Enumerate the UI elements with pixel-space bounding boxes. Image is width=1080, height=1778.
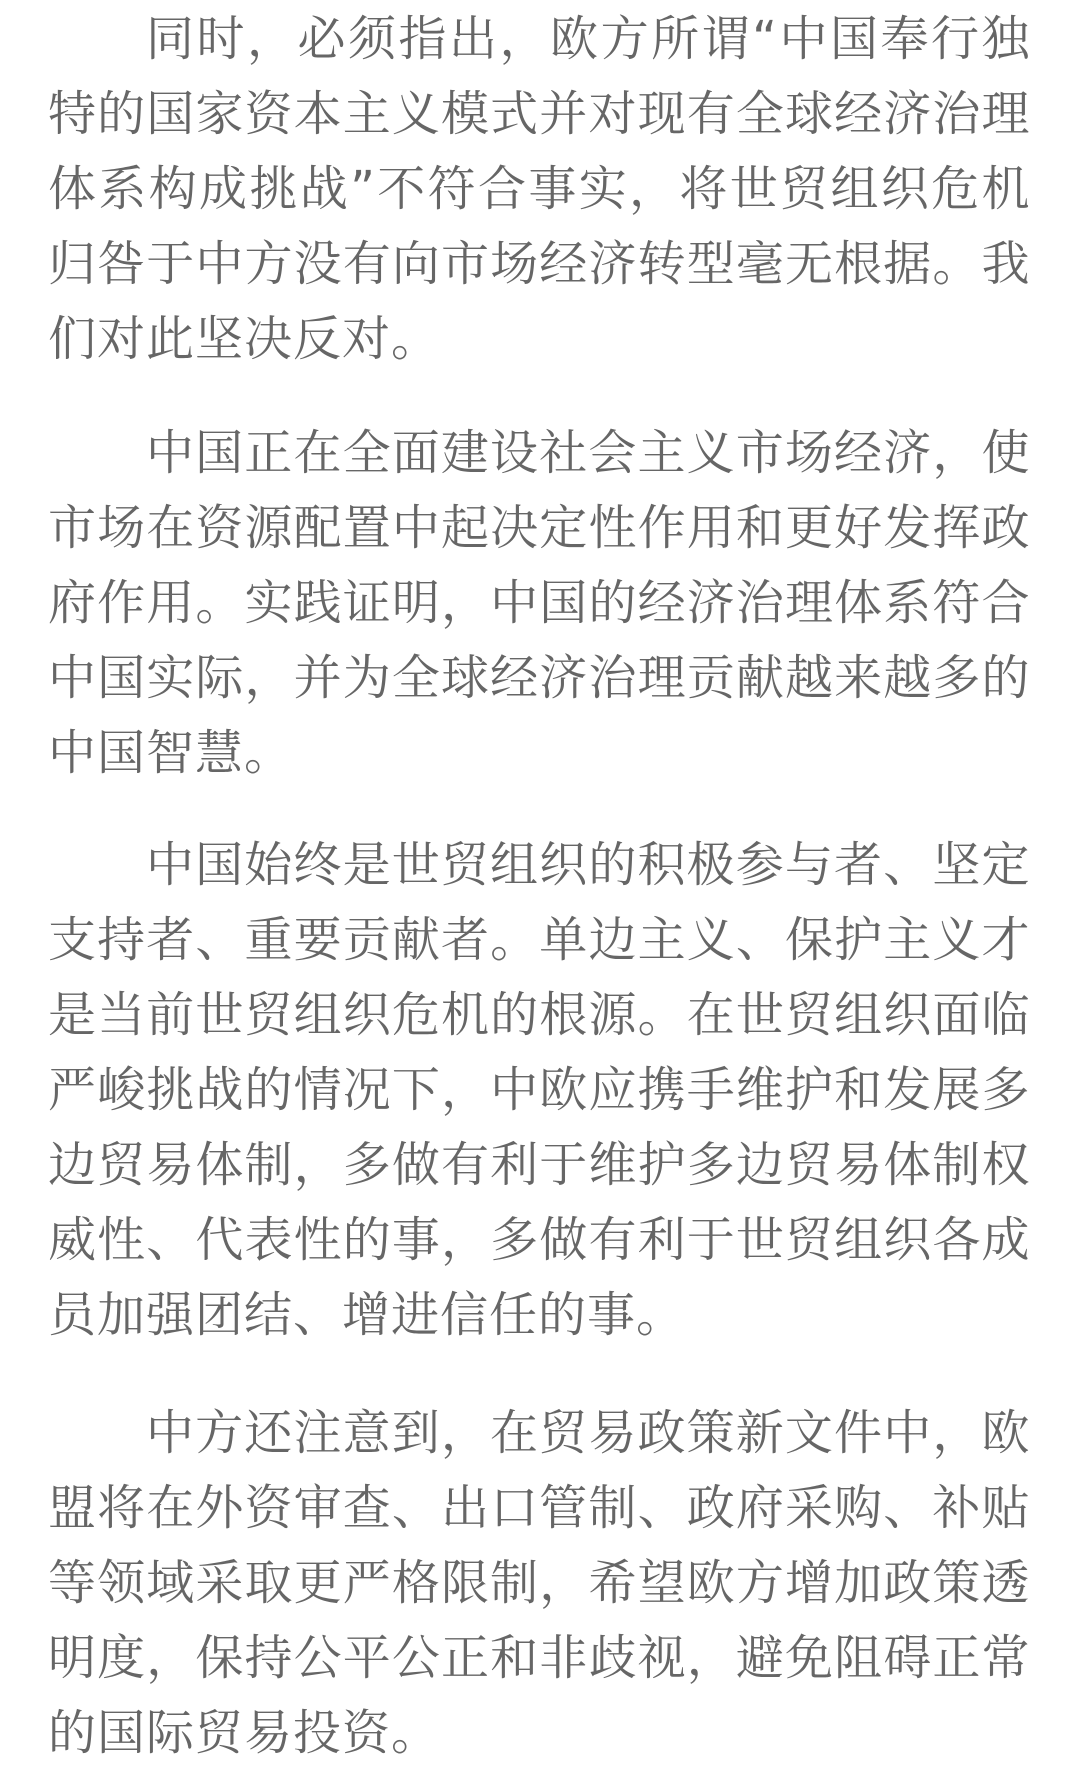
text-line: 中国实际，并为全球经济治理贡献越来越多的 (48, 641, 1030, 716)
text-line: 们对此坚决反对。 (48, 302, 1030, 377)
paragraph-4: 中方还注意到，在贸易政策新文件中，欧 盟将在外资审查、出口管制、政府采购、补贴 … (48, 1396, 1030, 1771)
text-line: 的国际贸易投资。 (48, 1696, 1030, 1771)
text-line: 支持者、重要贡献者。单边主义、保护主义才 (48, 903, 1030, 978)
text-line: 等领域采取更严格限制，希望欧方增加政策透 (48, 1546, 1030, 1621)
text-line: 严峻挑战的情况下，中欧应携手维护和发展多 (48, 1053, 1030, 1128)
text-line: 威性、代表性的事，多做有利于世贸组织各成 (48, 1203, 1030, 1278)
text-line: 员加强团结、增进信任的事。 (48, 1278, 1030, 1353)
paragraph-1: 同时，必须指出，欧方所谓“中国奉行独 特的国家资本主义模式并对现有全球经济治理 … (48, 2, 1030, 377)
text-line: 归咎于中方没有向市场经济转型毫无根据。我 (48, 227, 1030, 302)
text-line: 是当前世贸组织危机的根源。在世贸组织面临 (48, 978, 1030, 1053)
paragraph-3: 中国始终是世贸组织的积极参与者、坚定 支持者、重要贡献者。单边主义、保护主义才 … (48, 828, 1030, 1353)
text-line: 中国智慧。 (48, 716, 1030, 791)
text-line: 中方还注意到，在贸易政策新文件中，欧 (48, 1396, 1030, 1471)
text-line: 府作用。实践证明，中国的经济治理体系符合 (48, 566, 1030, 641)
paragraph-2: 中国正在全面建设社会主义市场经济，使 市场在资源配置中起决定性作用和更好发挥政 … (48, 416, 1030, 791)
text-line: 中国始终是世贸组织的积极参与者、坚定 (48, 828, 1030, 903)
text-line: 特的国家资本主义模式并对现有全球经济治理 (48, 77, 1030, 152)
text-line: 同时，必须指出，欧方所谓“中国奉行独 (48, 2, 1030, 77)
text-line: 盟将在外资审查、出口管制、政府采购、补贴 (48, 1471, 1030, 1546)
text-line: 市场在资源配置中起决定性作用和更好发挥政 (48, 491, 1030, 566)
text-line: 中国正在全面建设社会主义市场经济，使 (48, 416, 1030, 491)
text-line: 体系构成挑战”不符合事实，将世贸组织危机 (48, 152, 1030, 227)
text-line: 边贸易体制，多做有利于维护多边贸易体制权 (48, 1128, 1030, 1203)
text-line: 明度，保持公平公正和非歧视，避免阻碍正常 (48, 1621, 1030, 1696)
